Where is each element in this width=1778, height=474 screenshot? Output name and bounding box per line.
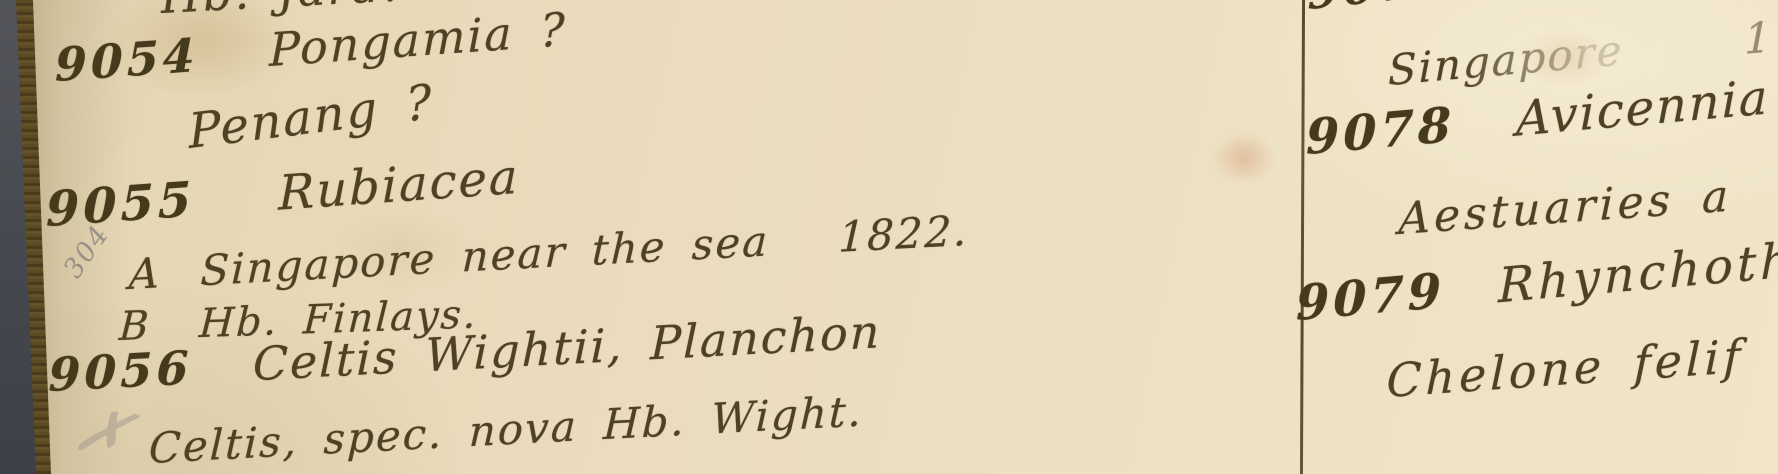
synonym-text: Celtis, spec. nova Hb. Wight.	[148, 386, 864, 473]
pencil-check-mark: ✗	[64, 392, 142, 473]
synonym-text: Chelone felif	[1386, 329, 1745, 408]
entry-9056-synonym: Celtis, spec. nova Hb. Wight.	[148, 386, 864, 473]
entry-9079-synonym: Chelone felif	[1386, 329, 1745, 408]
species-name: Avicennia	[1516, 69, 1769, 147]
collection-year: 1822.	[838, 206, 970, 262]
entry-9078-habitat: Aestuaries a	[1398, 170, 1733, 245]
entry-number: 9079	[1296, 263, 1445, 332]
paper-sheet: Hb. Jard. Calcutta 9054 Pongamia ? Penan…	[0, 0, 1778, 474]
entry-9077: 9077 Premna	[1307, 0, 1703, 20]
entry-number: 9056	[48, 340, 193, 402]
entry-number: 9078	[1306, 97, 1455, 166]
location-text: Penang ?	[187, 74, 435, 160]
entry-number: 9077	[1307, 0, 1451, 20]
column-divider-rule	[1300, 0, 1305, 474]
entry-9078: 9078 Avicennia	[1306, 69, 1769, 166]
entry-9055: 9055 Rubiacea	[46, 149, 519, 238]
collection-locality: Singapore near the sea	[200, 216, 771, 295]
faded-date-stroke: 1	[1744, 12, 1773, 64]
habitat-text: Aestuaries a	[1398, 170, 1733, 245]
scanned-catalogue-page: Hb. Jard. Calcutta 9054 Pongamia ? Penan…	[0, 0, 1778, 474]
species-name: Rubiacea	[278, 149, 519, 222]
foxing-spot	[1212, 132, 1276, 184]
entry-number: 9055	[46, 171, 195, 238]
collection-letter: A	[128, 248, 162, 299]
entry-9054-location: Penang ?	[187, 74, 435, 160]
entry-9079: 9079 Rhynchoth	[1296, 232, 1778, 332]
entry-number: 9054	[55, 28, 199, 92]
species-name: Rhynchoth	[1498, 232, 1778, 314]
